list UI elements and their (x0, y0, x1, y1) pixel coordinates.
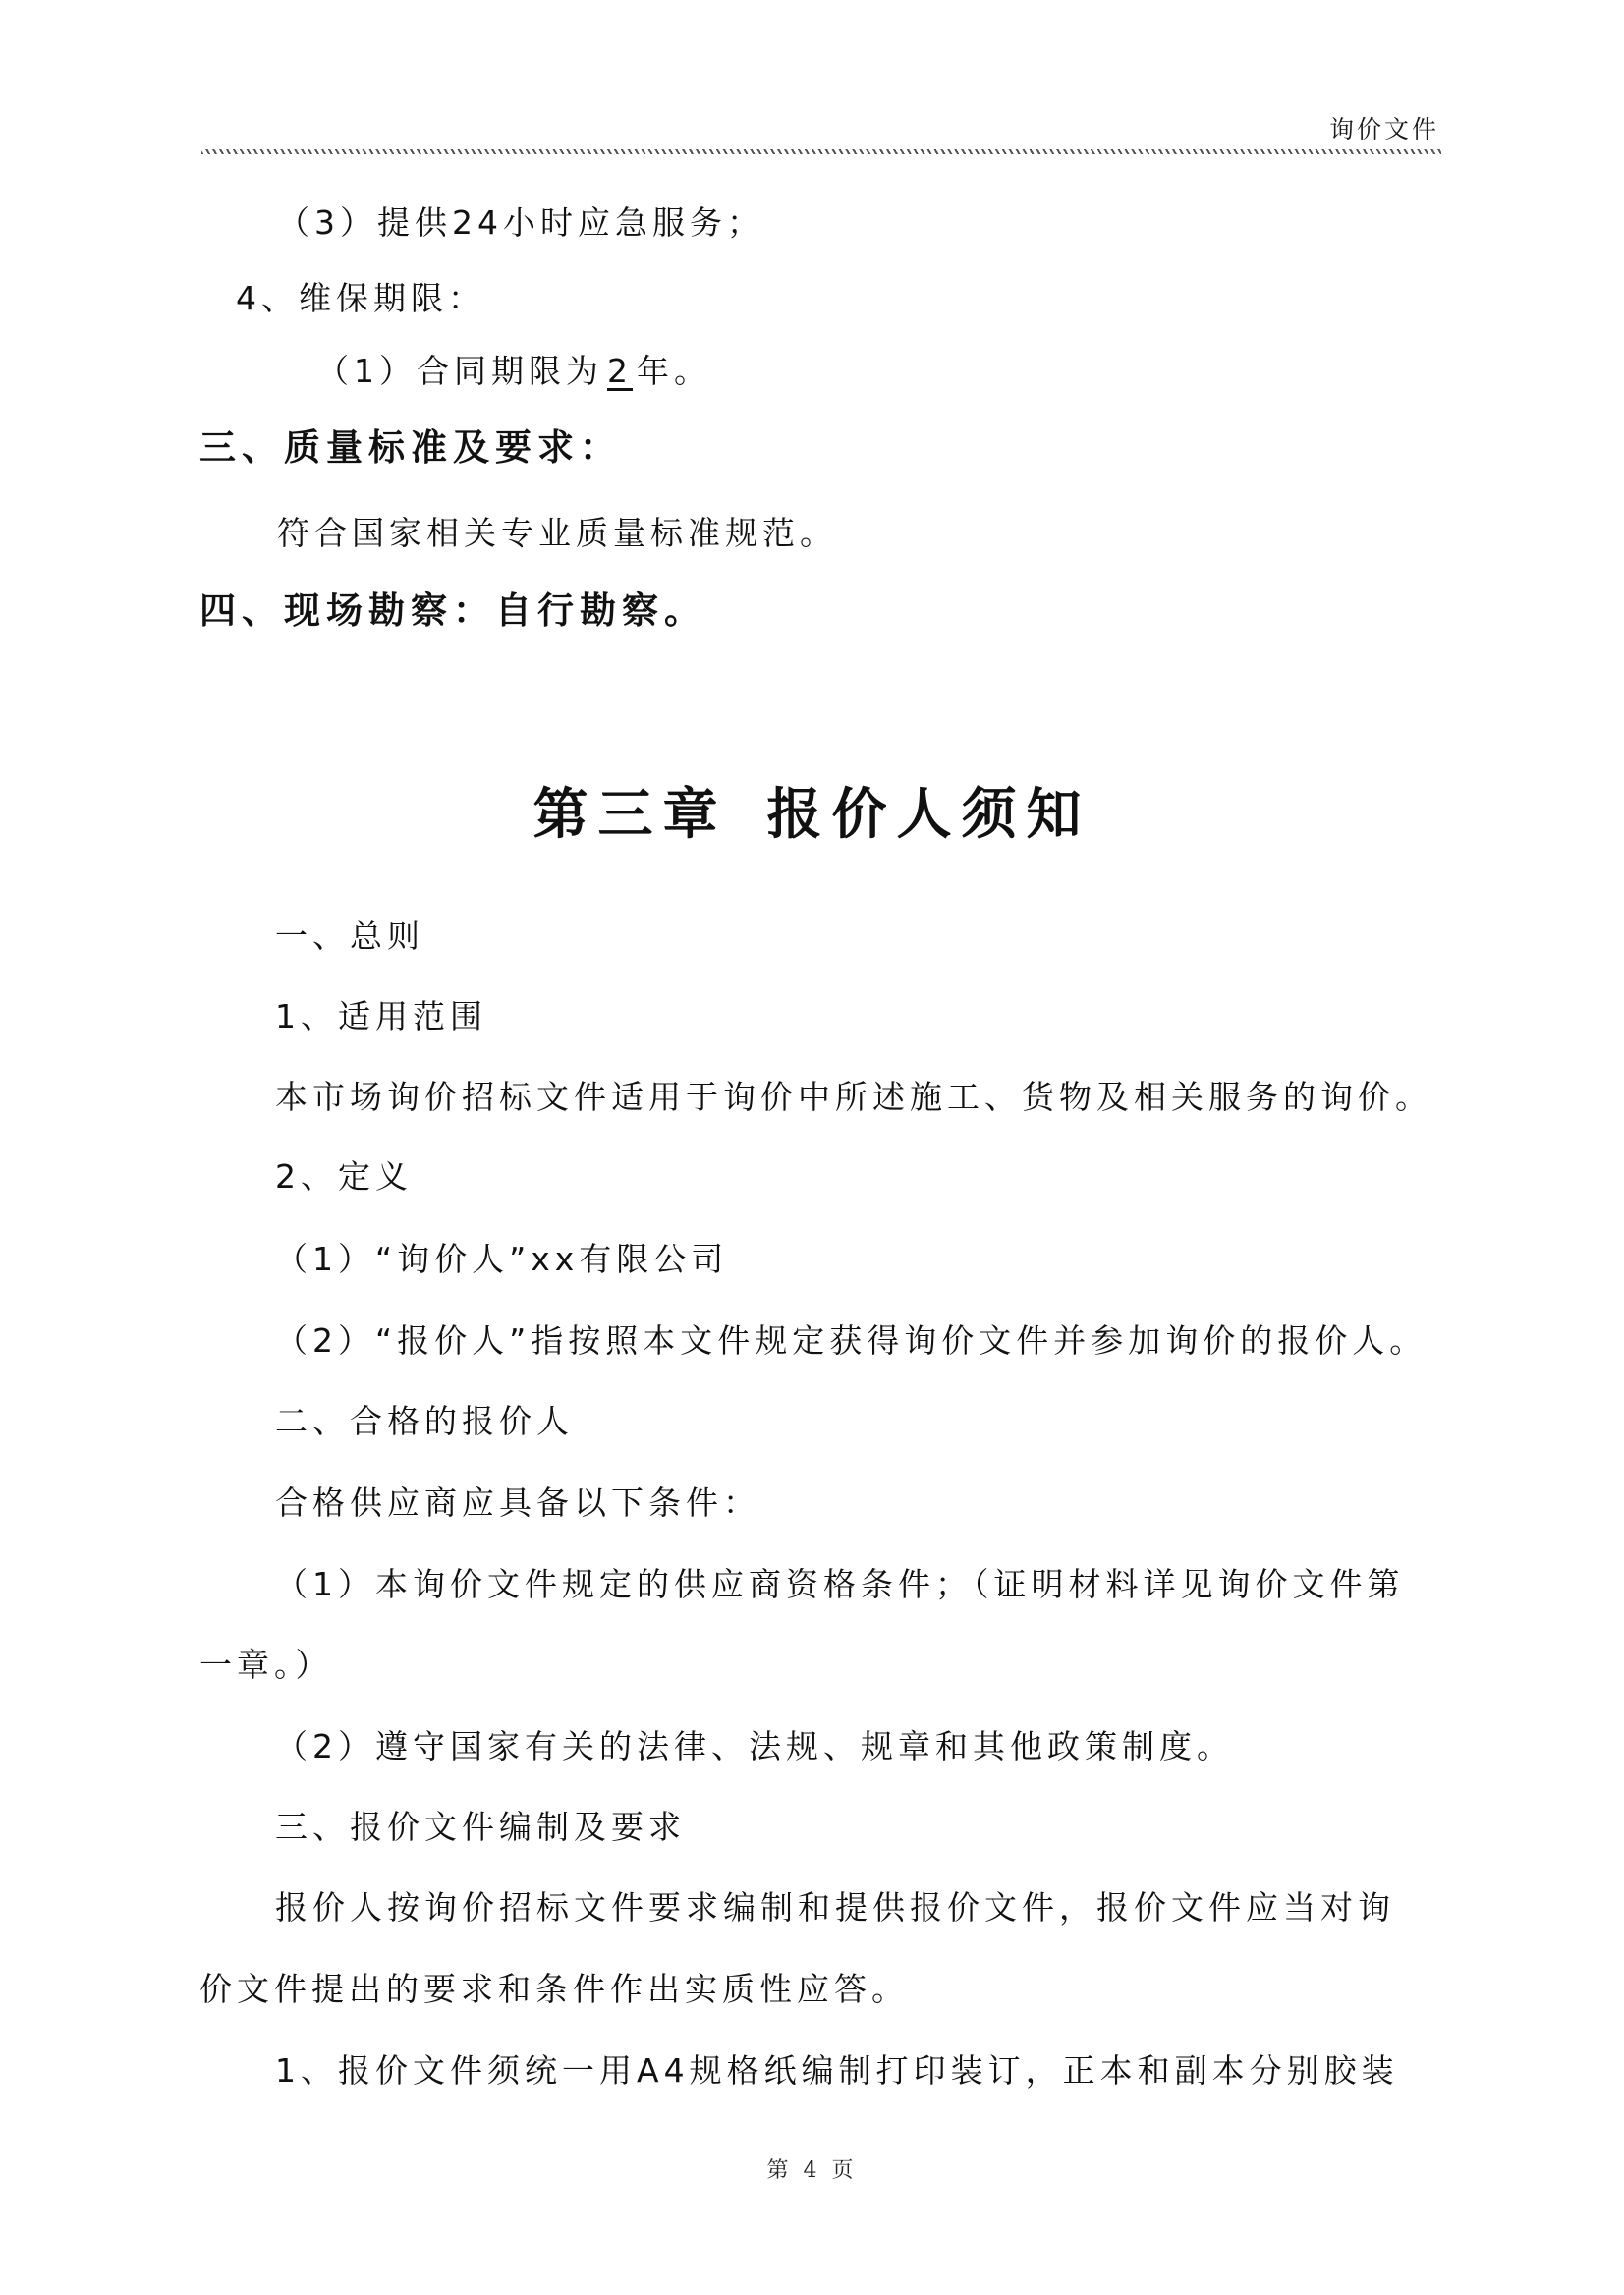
chapter-number: 第三章 (533, 783, 728, 847)
chapter-name: 报价人须知 (767, 783, 1092, 847)
quality-standards-heading: 三、质量标准及要求： (199, 428, 622, 468)
quality-standards-text: 符合国家相关专业质量标准规范。 (277, 514, 837, 553)
definition-heading: 2、定义 (275, 1157, 413, 1197)
scope-heading: 1、适用范围 (275, 997, 487, 1036)
qualified-intro: 合格供应商应具备以下条件： (275, 1483, 760, 1523)
service-item-3: （3）提供24小时应急服务； (277, 203, 764, 243)
qualified-bidder-heading: 二、合格的报价人 (275, 1402, 574, 1441)
page-number: 第 4 页 (0, 2154, 1624, 2184)
qualified-item-2: （2）遵守国家有关的法律、法规、规章和其他政策制度。 (275, 1727, 1234, 1766)
maintenance-period-heading: 4、维保期限： (236, 279, 485, 318)
scope-text: 本市场询价招标文件适用于询价中所述施工、货物及相关服务的询价。 (275, 1078, 1432, 1117)
chapter-title: 第三章报价人须知 (0, 771, 1624, 850)
qualified-item-1-line1: （1）本询价文件规定的供应商资格条件；（证明材料详见询价文件第 (275, 1565, 1405, 1604)
definition-item-1: （1）“询价人”xx有限公司 (275, 1240, 728, 1279)
header-divider (201, 149, 1441, 154)
contract-term-years: 2 (603, 352, 637, 390)
definition-item-2: （2）“报价人”指按照本文件规定获得询价文件并参加询价的报价人。 (275, 1321, 1427, 1361)
general-heading: 一、总则 (275, 917, 424, 956)
preparation-text-line1: 报价人按询价招标文件要求编制和提供报价文件，报价文件应当对询 (275, 1888, 1395, 1928)
contract-term-item: （1）合同期限为2年。 (316, 352, 711, 391)
header-title: 询价文件 (1329, 110, 1439, 145)
preparation-item-1: 1、报价文件须统一用A4规格纸编制打印装订，正本和副本分别胶装 (275, 2051, 1399, 2091)
site-survey-heading: 四、现场勘察：自行勘察。 (199, 591, 706, 631)
contract-term-prefix: （1）合同期限为 (316, 352, 603, 390)
preparation-heading: 三、报价文件编制及要求 (275, 1808, 686, 1847)
contract-term-suffix: 年。 (637, 352, 711, 390)
qualified-item-1-line2: 一章。） (199, 1646, 333, 1685)
preparation-text-line2: 价文件提出的要求和条件作出实质性应答。 (199, 1970, 909, 2009)
page-header: 询价文件 (201, 106, 1439, 145)
